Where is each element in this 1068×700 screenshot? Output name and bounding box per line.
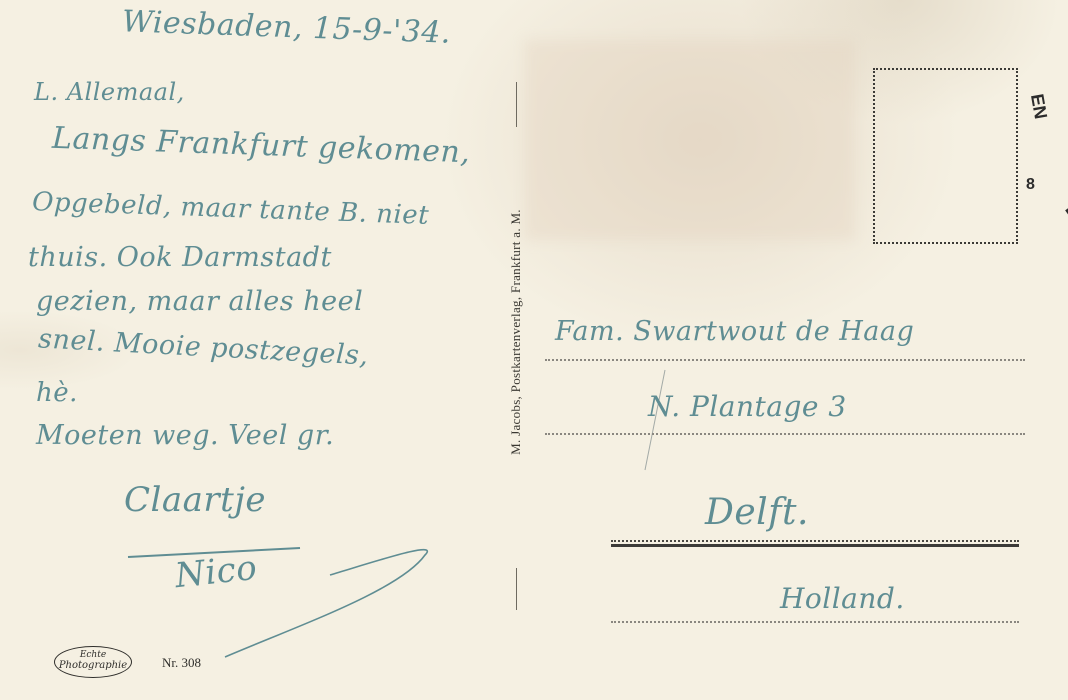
address-bar [611, 544, 1019, 547]
divider-line-top [516, 82, 517, 127]
address-line: N. Plantage 3 [648, 390, 847, 423]
address-rule [611, 540, 1019, 542]
postmark-text: EN [1026, 92, 1051, 120]
echte-photographie-logo: Echte Photographie [54, 646, 132, 678]
postcard: Wiesbaden, 15-9-'34. L. Allemaal, Langs … [0, 0, 1068, 700]
address-rule [545, 433, 1025, 435]
divider-line-bottom [516, 568, 517, 610]
address-line: Delft. [705, 492, 809, 533]
publisher-imprint: M. Jacobs, Postkartenverlag, Frankfurt a… [508, 209, 524, 455]
address-line: Holland. [780, 582, 905, 615]
logo-line-1: Echte [55, 650, 131, 660]
postmark-digit: 8 [1026, 176, 1035, 194]
card-number: Nr. 308 [162, 655, 201, 671]
address-rule [611, 621, 1019, 623]
address-rule [545, 359, 1025, 361]
logo-line-2: Photographie [55, 660, 131, 671]
address-line: Fam. Swartwout de Haag [555, 316, 914, 347]
